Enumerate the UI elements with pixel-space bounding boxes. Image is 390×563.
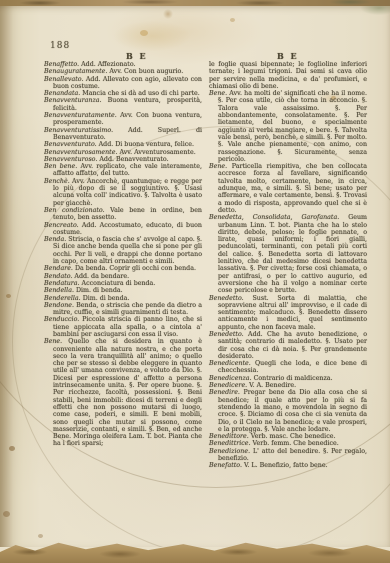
- entry-headword: Bene.: [44, 338, 62, 345]
- entry-headword: Bencreato.: [44, 222, 79, 229]
- dictionary-entry: Bendare. Da benda. Coprir gli occhi con …: [44, 265, 202, 272]
- entry-headword: Benda.: [44, 236, 66, 243]
- dictionary-entry: Benderella. Dim. di benda.: [44, 295, 202, 302]
- entry-headword: Bene.: [209, 163, 227, 170]
- entry-headword: Benavventurosamente.: [44, 149, 117, 156]
- dictionary-entry: Benedicere. V. A. Benedire.: [209, 382, 367, 389]
- entry-headword: Benavventurato.: [44, 141, 97, 148]
- foxing-spot: [9, 446, 15, 451]
- entry-headword: Bene.: [209, 90, 227, 97]
- entry-headword: Benedire.: [209, 389, 240, 396]
- dictionary-entry: Benedire. Pregar bene da Dio alla cosa c…: [209, 389, 367, 433]
- entry-headword: Benedetta, Consolidata, Garofanata.: [209, 214, 339, 221]
- running-head-right: B E: [277, 51, 299, 61]
- dictionary-entry: Bendone. Benda, o striscia che pende da …: [44, 302, 202, 317]
- text-column-left: Benaffetto. Add. Affezionato.Benaugurata…: [44, 61, 202, 545]
- entry-headword: Benduccio.: [44, 316, 79, 323]
- entry-headword: Benedetto.: [209, 331, 244, 338]
- entry-headword: Benaffetto.: [44, 61, 79, 68]
- dictionary-entry: Benedizione. L' atto del benedire. §. Pe…: [209, 448, 367, 463]
- dictionary-entry: Benedetto. Add. Che ha avuto benedizione…: [209, 331, 367, 360]
- entry-headword: Benedittrice.: [209, 440, 251, 447]
- dictionary-entry: Benallevato. Add. Allevato con agio, all…: [44, 76, 202, 91]
- entry-headword: Bendato.: [44, 273, 72, 280]
- dictionary-entry: Benavventuroso. Add. Benavventurato.: [44, 156, 202, 163]
- foxing-spot: [38, 534, 43, 538]
- entry-headword: Benavventuroso.: [44, 156, 97, 163]
- dictionary-entry: Benedicente. Quegli che loda, e dice ben…: [209, 360, 367, 375]
- entry-headword: Bendone.: [44, 302, 74, 309]
- entry-headword: Benderella.: [44, 295, 81, 302]
- entry-headword: Bendatura.: [44, 280, 80, 287]
- entry-headword: Benavventuratamente.: [44, 112, 117, 119]
- foxing-spot: [230, 18, 235, 22]
- dictionary-entry: Bencreato. Add. Accostumato, educato, di…: [44, 222, 202, 237]
- dictionary-entry: Ben condizionato. Vale bene in ordine, b…: [44, 207, 202, 222]
- dictionary-entry: Bendato. Add. da bendare.: [44, 273, 202, 280]
- dictionary-entry: Benavventuratamente. Avv. Con buona vent…: [44, 112, 202, 127]
- dictionary-entry: Benavventuratissimo. Add. Superl. di Ben…: [44, 127, 202, 142]
- dictionary-entry: Benedittrice. Verb. femm. Che benedice.: [209, 440, 367, 447]
- dictionary-entry: Benchè. Avv. Ancorchè, quantunque; e reg…: [44, 178, 202, 207]
- entry-headword: Ben bene.: [44, 163, 77, 170]
- running-head-left: B E: [126, 51, 148, 61]
- entry-headword: Benedicere.: [209, 382, 247, 389]
- dictionary-entry: Bene. Quello che si desidera in quanto è…: [44, 338, 202, 447]
- entry-headword: Benedetto.: [209, 295, 244, 302]
- entry-headword: Benavventuranza.: [44, 97, 102, 104]
- text-block: Benaffetto. Add. Affezionato.Benaugurata…: [44, 61, 368, 545]
- dictionary-entry: Benda. Striscia, o fascia che s' avvolge…: [44, 236, 202, 265]
- entry-headword: Benedittore.: [209, 433, 249, 440]
- entry-headword: Benallevato.: [44, 76, 83, 83]
- dictionary-entry: Benaffetto. Add. Affezionato.: [44, 61, 202, 68]
- foxing-spot: [140, 30, 148, 36]
- entry-headword: Benavventuratissimo.: [44, 127, 113, 134]
- dictionary-entry: Benedittore. Verb. masc. Che benedice.: [209, 433, 367, 440]
- scanned-book-page: 188 B E B E Benaffetto. Add. Affezionato…: [0, 0, 390, 563]
- entry-headword: Benefatto.: [209, 462, 242, 469]
- dictionary-entry: Benavventuranza. Buona ventura, prosperi…: [44, 97, 202, 112]
- dictionary-entry: Benedetto. Sust. Sorta di malattia, che …: [209, 295, 367, 331]
- dictionary-entry: Benefatto. V. L. Benefizio, fatto bene.: [209, 462, 367, 469]
- page-number: 188: [50, 41, 70, 51]
- dictionary-entry: Benduccio. Piccola striscia di panno lin…: [44, 316, 202, 338]
- dictionary-entry: Bendatura. Acconciatura di benda.: [44, 280, 202, 287]
- dictionary-entry: Benedicenza. Contrario di maldicenza.: [209, 375, 367, 382]
- entry-headword: Benchè.: [44, 178, 70, 185]
- foxing-spot: [3, 511, 10, 517]
- entry-headword: Benedizione.: [209, 448, 250, 455]
- entry-headword: Benedicenza.: [209, 375, 252, 382]
- dictionary-entry: Benavventurato. Add. Di buona ventura, f…: [44, 141, 202, 148]
- entry-headword: Benauguratamente.: [44, 68, 107, 75]
- dictionary-entry: Benavventurosamente. Avv. Avventurosamen…: [44, 149, 202, 156]
- dictionary-entry: Bendella. Dim. di benda.: [44, 287, 202, 294]
- dictionary-entry: Benedetta, Consolidata, Garofanata. Geum…: [209, 214, 367, 294]
- dictionary-entry: Benauguratamente. Avv. Con buon augurio.: [44, 68, 202, 75]
- entry-headword: Ben condizionato.: [44, 207, 105, 214]
- dictionary-entry: Bene. Avv. ha molti de' significati che …: [209, 90, 367, 163]
- dictionary-entry: Ben bene. Avv. replicato, che vale inter…: [44, 163, 202, 178]
- page-paper: 188 B E B E Benaffetto. Add. Affezionato…: [0, 6, 390, 547]
- foxing-spot: [6, 294, 11, 298]
- entry-headword: Benedicente.: [209, 360, 251, 367]
- dictionary-entry: le foglie quasi bipennate; le foglioline…: [209, 61, 367, 90]
- dictionary-entry: Bene. Particella riempitiva, che ben col…: [209, 163, 367, 214]
- entry-headword: Bendella.: [44, 287, 74, 294]
- entry-headword: Bendare.: [44, 265, 73, 272]
- text-column-right: le foglie quasi bipennate; le foglioline…: [209, 61, 367, 545]
